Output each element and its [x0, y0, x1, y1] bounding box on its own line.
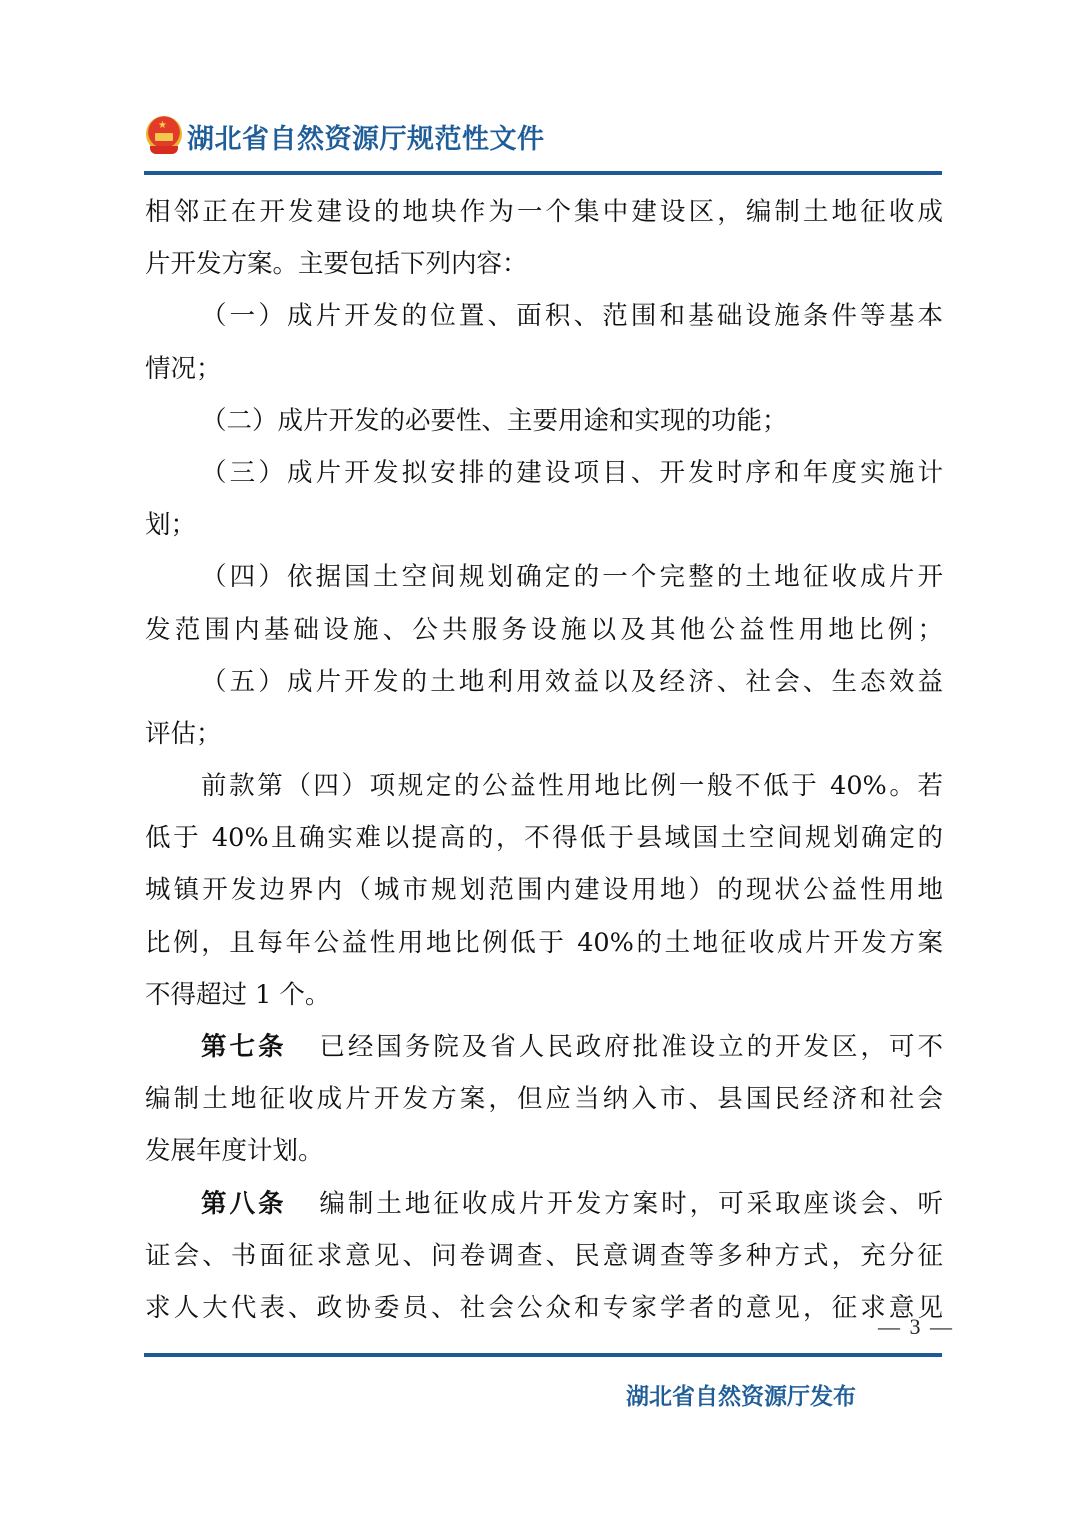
- text-line: 发展年度计划。: [145, 1125, 943, 1177]
- text-line: （一）成片开发的位置、面积、范围和基础设施条件等基本: [145, 290, 943, 342]
- national-emblem-icon: ★: [145, 116, 183, 156]
- document-body: 相邻正在开发建设的地块作为一个集中建设区，编制土地征收成 片开发方案。主要包括下…: [145, 186, 943, 1334]
- text-line: 不得超过 1 个。: [145, 969, 943, 1021]
- document-header: ★ 湖北省自然资源厅规范性文件: [145, 114, 545, 158]
- page-number: — 3 —: [878, 1314, 954, 1340]
- article-8-label: 第八条: [201, 1189, 286, 1219]
- text-line: 低于 40%且确实难以提高的，不得低于县域国土空间规划确定的: [145, 812, 943, 864]
- text-line: 求人大代表、政协委员、社会公众和专家学者的意见，征求意见: [145, 1282, 943, 1334]
- text-line: 证会、书面征求意见、问卷调查、民意调查等多种方式，充分征: [145, 1230, 943, 1282]
- footer-divider: [144, 1353, 942, 1357]
- footer-publisher: 湖北省自然资源厅发布: [626, 1378, 856, 1411]
- text-line: 城镇开发边界内（城市规划范围内建设用地）的现状公益性用地: [145, 864, 943, 916]
- header-divider: [144, 171, 942, 175]
- text-line: （四）依据国土空间规划确定的一个完整的土地征收成片开: [145, 551, 943, 603]
- article-7-label: 第七条: [201, 1032, 286, 1062]
- header-title: 湖北省自然资源厅规范性文件: [187, 117, 545, 156]
- article-7-text: 已经国务院及省人民政府批准设立的开发区，可不: [316, 1032, 943, 1062]
- text-line: （五）成片开发的土地利用效益以及经济、社会、生态效益: [145, 656, 943, 708]
- text-line: 编制土地征收成片开发方案，但应当纳入市、县国民经济和社会: [145, 1073, 943, 1125]
- article-8-text: 编制土地征收成片开发方案时，可采取座谈会、听: [316, 1189, 943, 1219]
- text-line: 评估；: [145, 708, 943, 760]
- text-line: 发范围内基础设施、公共服务设施以及其他公益性用地比例；: [145, 604, 943, 656]
- text-line: 前款第（四）项规定的公益性用地比例一般不低于 40%。若: [145, 760, 943, 812]
- text-line: 划；: [145, 499, 943, 551]
- text-line: 比例，且每年公益性用地比例低于 40%的土地征收成片开发方案: [145, 917, 943, 969]
- text-line: （二）成片开发的必要性、主要用途和实现的功能；: [145, 395, 943, 447]
- text-line: 情况；: [145, 343, 943, 395]
- text-line: 片开发方案。主要包括下列内容：: [145, 238, 943, 290]
- text-line: 相邻正在开发建设的地块作为一个集中建设区，编制土地征收成: [145, 186, 943, 238]
- article-8-line: 第八条编制土地征收成片开发方案时，可采取座谈会、听: [145, 1178, 943, 1230]
- text-line: （三）成片开发拟安排的建设项目、开发时序和年度实施计: [145, 447, 943, 499]
- article-7-line: 第七条已经国务院及省人民政府批准设立的开发区，可不: [145, 1021, 943, 1073]
